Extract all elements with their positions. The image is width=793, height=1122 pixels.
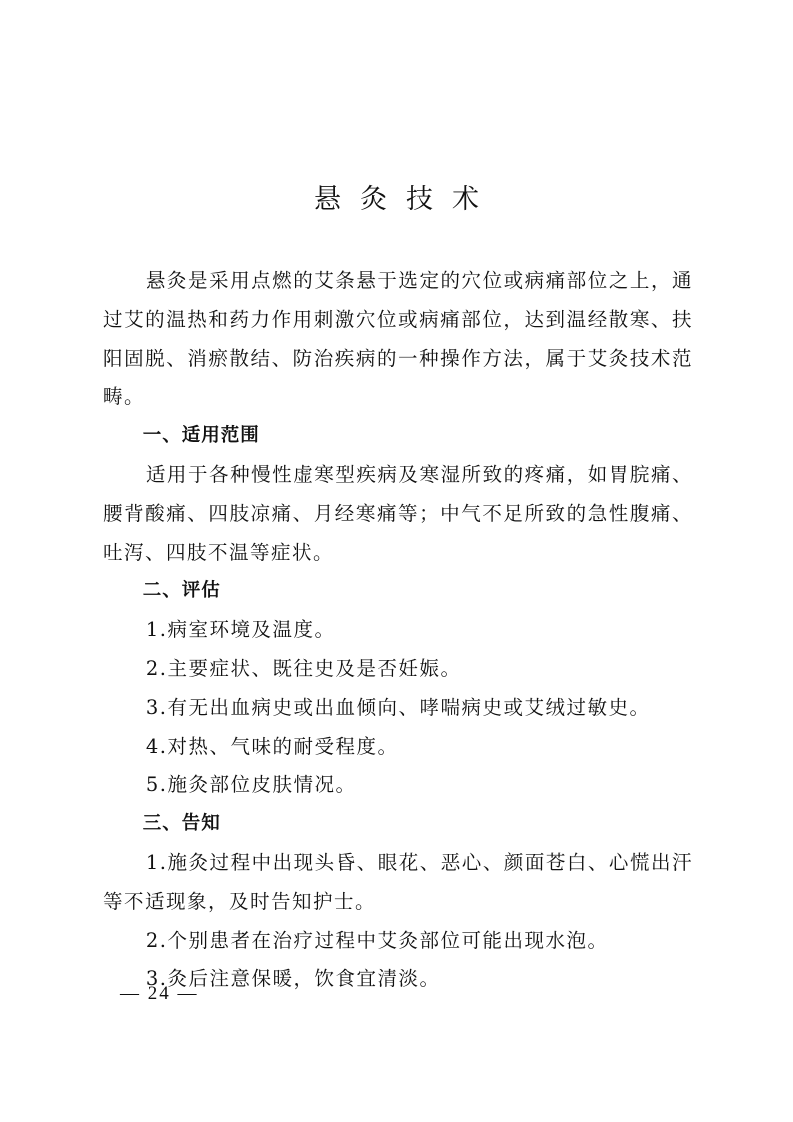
section-heading: 一、适用范围: [103, 417, 693, 456]
section-notification: 三、告知 1.施灸过程中出现头昏、眼花、恶心、颜面苍白、心慌出汗等不适现象，及时…: [103, 805, 693, 999]
list-item: 3.有无出血病史或出血倾向、哮喘病史或艾绒过敏史。: [103, 689, 693, 728]
section-heading: 二、评估: [103, 572, 693, 611]
list-item: 4.对热、气味的耐受程度。: [103, 728, 693, 767]
document-body: 悬灸是采用点燃的艾条悬于选定的穴位或病痛部位之上，通过艾的温热和药力作用刺激穴位…: [103, 262, 693, 999]
section-paragraph: 适用于各种慢性虚寒型疾病及寒湿所致的疼痛，如胃脘痛、腰背酸痛、四肢凉痛、月经寒痛…: [103, 456, 693, 572]
page-number: — 24 —: [120, 983, 199, 1005]
section-assessment: 二、评估 1.病室环境及温度。 2.主要症状、既往史及是否妊娠。 3.有无出血病…: [103, 572, 693, 805]
intro-paragraph: 悬灸是采用点燃的艾条悬于选定的穴位或病痛部位之上，通过艾的温热和药力作用刺激穴位…: [103, 262, 693, 417]
document-page: 悬灸技术 悬灸是采用点燃的艾条悬于选定的穴位或病痛部位之上，通过艾的温热和药力作…: [0, 0, 793, 1122]
section-scope: 一、适用范围 适用于各种慢性虚寒型疾病及寒湿所致的疼痛，如胃脘痛、腰背酸痛、四肢…: [103, 417, 693, 572]
list-item: 5.施灸部位皮肤情况。: [103, 766, 693, 805]
list-item: 1.病室环境及温度。: [103, 611, 693, 650]
section-heading: 三、告知: [103, 805, 693, 844]
page-title: 悬灸技术: [0, 178, 793, 222]
list-item: 2.个别患者在治疗过程中艾灸部位可能出现水泡。: [103, 922, 693, 961]
list-item: 1.施灸过程中出现头昏、眼花、恶心、颜面苍白、心慌出汗等不适现象，及时告知护士。: [103, 844, 693, 922]
list-item: 2.主要症状、既往史及是否妊娠。: [103, 650, 693, 689]
